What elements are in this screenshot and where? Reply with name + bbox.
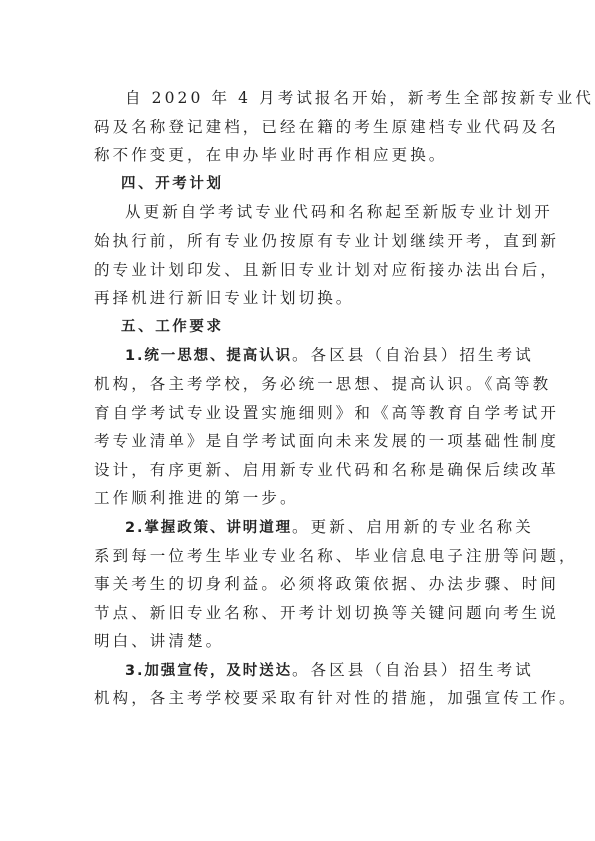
section-heading-5: 五、工作要求 xyxy=(94,313,502,342)
section-heading-4: 四、开考计划 xyxy=(94,170,502,199)
paragraph-line: 从更新自学考试专业代码和名称起至新版专业计划开 xyxy=(94,198,502,227)
item-2-title: 2.掌握政策、讲明道理 xyxy=(125,520,292,536)
paragraph-line: 考专业清单》是自学考试面向未来发展的一项基础性制度 xyxy=(94,427,502,456)
item-3-text: 。各区县（自治县）招生考试 xyxy=(292,661,534,679)
document-page: 自 2020 年 4 月考试报名开始，新考生全部按新专业代 码及名称登记建档，已… xyxy=(94,84,502,713)
paragraph-line: 自 2020 年 4 月考试报名开始，新考生全部按新专业代 xyxy=(94,84,502,113)
paragraph-line: 码及名称登记建档，已经在籍的考生原建档专业代码及名 xyxy=(94,113,502,142)
item-2-first-line: 2.掌握政策、讲明道理。更新、启用新的专业名称关 xyxy=(94,513,502,542)
paragraph-line: 再择机进行新旧专业计划切换。 xyxy=(94,284,502,313)
paragraph-line: 机构，各主考学校要采取有针对性的措施，加强宣传工作。 xyxy=(94,684,502,713)
paragraph-line: 的专业计划印发、且新旧专业计划对应衔接办法出台后， xyxy=(94,256,502,285)
item-3-first-line: 3.加强宣传，及时送达。各区县（自治县）招生考试 xyxy=(94,656,502,685)
paragraph-line: 育自学考试专业设置实施细则》和《高等教育自学考试开 xyxy=(94,399,502,428)
paragraph-line: 始执行前，所有专业仍按原有专业计划继续开考，直到新 xyxy=(94,227,502,256)
paragraph-line: 系到每一位考生毕业专业名称、毕业信息电子注册等问题， xyxy=(94,542,502,571)
paragraph-line: 节点、新旧专业名称、开考计划切换等关键问题向考生说 xyxy=(94,599,502,628)
paragraph-line: 事关考生的切身利益。必须将政策依据、办法步骤、时间 xyxy=(94,570,502,599)
paragraph-line: 机构，各主考学校，务必统一思想、提高认识。《高等教 xyxy=(94,370,502,399)
item-1-text: 。各区县（自治县）招生考试 xyxy=(292,346,534,364)
paragraph-line: 设计，有序更新、启用新专业代码和名称是确保后续改革 xyxy=(94,456,502,485)
item-2-text: 。更新、启用新的专业名称关 xyxy=(292,518,534,536)
item-3-title: 3.加强宣传，及时送达 xyxy=(125,663,292,679)
item-1-title: 1.统一思想、提高认识 xyxy=(125,348,292,364)
paragraph-line: 称不作变更，在申办毕业时再作相应更换。 xyxy=(94,141,502,170)
paragraph-line: 明白、讲清楚。 xyxy=(94,627,502,656)
paragraph-line: 工作顺利推进的第一步。 xyxy=(94,484,502,513)
item-1-first-line: 1.统一思想、提高认识。各区县（自治县）招生考试 xyxy=(94,341,502,370)
